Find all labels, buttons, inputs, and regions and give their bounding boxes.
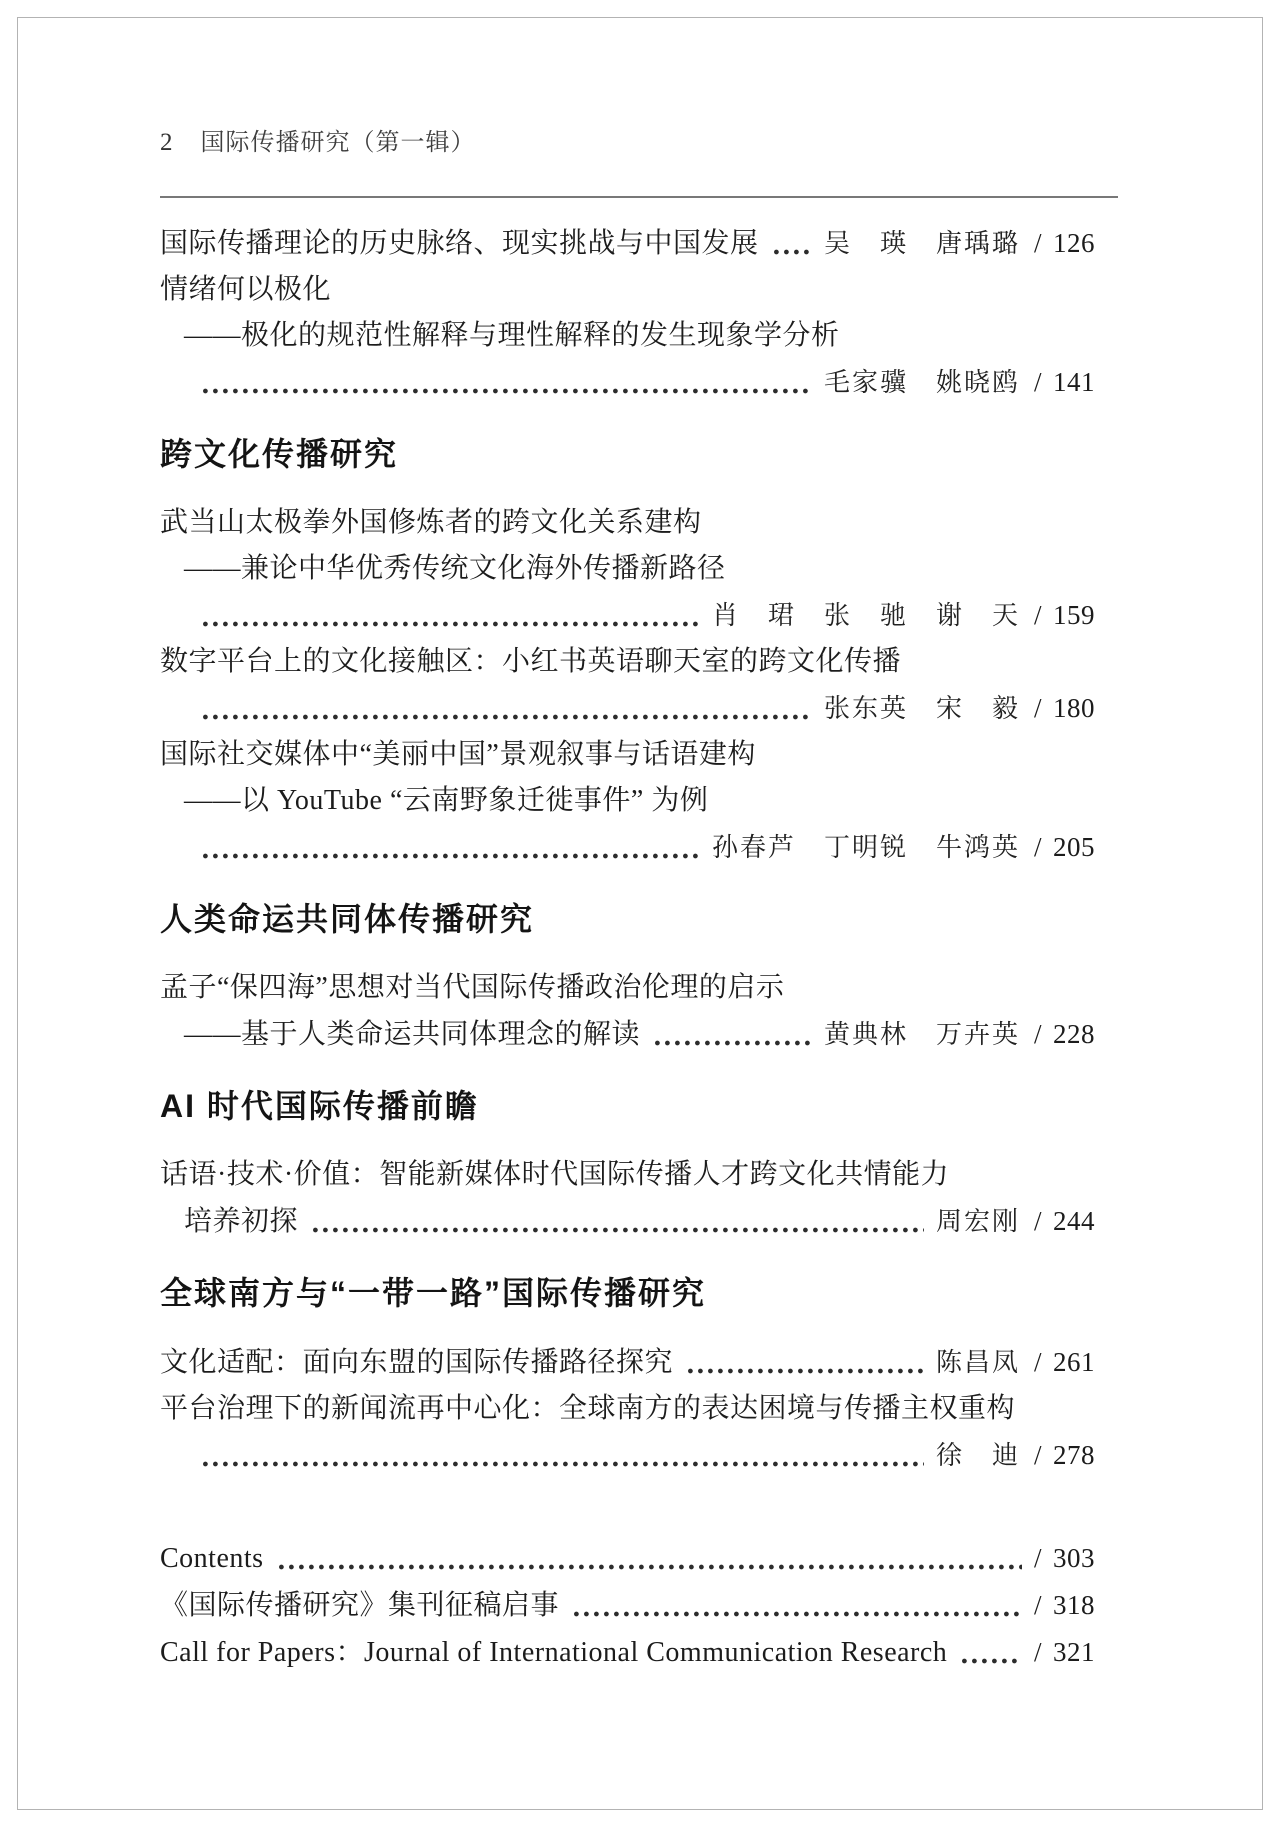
toc-entry-line: 数字平台上的文化接触区：小红书英语聊天室的跨文化传播 [160,639,1095,685]
page-separator: / [1034,600,1042,630]
toc-entry-line: 徐 迪/278 [160,1432,1095,1479]
dot-leader [202,852,700,860]
entry-authors: 毛家骥 姚晓鸥 [824,360,1020,406]
toc-entry-line: 文化适配：面向东盟的国际传播路径探究陈昌凤/261 [160,1339,1095,1386]
dot-leader [278,1563,1022,1571]
toc-entry-line: 孟子“保四海”思想对当代国际传播政治伦理的启示 [160,965,1095,1011]
entry-page-number: /303 [1034,1535,1095,1581]
page-header: 2 国际传播研究（第一辑） [160,126,1118,160]
dot-leader [202,1460,924,1468]
entry-authors: 肖 珺 张 驰 谢 天 [712,593,1020,639]
toc-entry-line: 张东英 宋 毅/180 [160,685,1095,732]
dot-leader [202,620,700,628]
entry-title: 国际社交媒体中“美丽中国”景观叙事与话语建构 [160,732,756,778]
page-value: 278 [1053,1440,1095,1470]
toc-entry-line: ——极化的规范性解释与理性解释的发生现象学分析 [160,313,1095,359]
dot-leader [773,248,812,256]
entry-authors: 张东英 宋 毅 [824,686,1020,732]
page-number: 2 [160,126,174,160]
page-value: 228 [1053,1019,1095,1049]
entry-authors: 吴 瑛 唐瑀璐 [824,221,1020,267]
toc-entry-line: 平台治理下的新闻流再中心化：全球南方的表达困境与传播主权重构 [160,1386,1095,1432]
toc-entry-line: 情绪何以极化 [160,267,1095,313]
page-value: 159 [1053,600,1095,630]
toc-entry-line: 话语·技术·价值：智能新媒体时代国际传播人才跨文化共情能力 [160,1152,1095,1198]
toc-entry-line: 毛家骥 姚晓鸥/141 [160,359,1095,406]
dot-leader [687,1367,924,1375]
toc-entry-line: 肖 珺 张 驰 谢 天/159 [160,592,1095,639]
toc-entry-line: 培养初探周宏刚/244 [160,1198,1095,1245]
entry-title: ——基于人类命运共同体理念的解读 [184,1012,640,1058]
page-separator: / [1034,1543,1042,1573]
entry-page-number: /318 [1034,1582,1095,1628]
toc-entry: 文化适配：面向东盟的国际传播路径探究陈昌凤/261 [160,1339,1095,1386]
entry-authors: 徐 迪 [936,1433,1020,1479]
toc-entry-line: ——基于人类命运共同体理念的解读黄典林 万卉英/228 [160,1011,1095,1058]
entry-authors: 陈昌凤 [936,1340,1020,1386]
toc-entry: 数字平台上的文化接触区：小红书英语聊天室的跨文化传播张东英 宋 毅/180 [160,639,1095,732]
entry-title: 数字平台上的文化接触区：小红书英语聊天室的跨文化传播 [160,639,901,685]
entry-title: 平台治理下的新闻流再中心化：全球南方的表达困境与传播主权重构 [160,1386,1015,1432]
toc-entry: 国际传播理论的历史脉络、现实挑战与中国发展吴 瑛 唐瑀璐/126 [160,220,1095,267]
entry-page-number: /321 [1034,1629,1095,1675]
page-value: 318 [1053,1590,1095,1620]
page-value: 205 [1053,832,1095,862]
entry-title: 话语·技术·价值：智能新媒体时代国际传播人才跨文化共情能力 [160,1152,949,1198]
entry-title: 文化适配：面向东盟的国际传播路径探究 [160,1340,673,1386]
toc-entry-line: 国际传播理论的历史脉络、现实挑战与中国发展吴 瑛 唐瑀璐/126 [160,220,1095,267]
toc-entry: 孟子“保四海”思想对当代国际传播政治伦理的启示——基于人类命运共同体理念的解读黄… [160,965,1095,1058]
toc-entry-line: ——兼论中华优秀传统文化海外传播新路径 [160,546,1095,592]
section-heading: 人类命运共同体传播研究 [160,895,1095,943]
page-value: 321 [1053,1637,1095,1667]
page-separator: / [1034,228,1042,258]
page-value: 244 [1053,1206,1095,1236]
entry-page-number: /205 [1034,824,1095,870]
toc-entry: 平台治理下的新闻流再中心化：全球南方的表达困境与传播主权重构徐 迪/278 [160,1386,1095,1479]
entry-page-number: /126 [1034,220,1095,266]
section-heading: 全球南方与“一带一路”国际传播研究 [160,1269,1095,1317]
entry-title: ——以 YouTube “云南野象迁徙事件” 为例 [184,778,708,824]
entry-page-number: /159 [1034,592,1095,638]
toc-entry: 武当山太极拳外国修炼者的跨文化关系建构——兼论中华优秀传统文化海外传播新路径肖 … [160,500,1095,639]
table-of-contents: 国际传播理论的历史脉络、现实挑战与中国发展吴 瑛 唐瑀璐/126情绪何以极化——… [160,220,1095,1479]
entry-page-number: /141 [1034,359,1095,405]
dot-leader [654,1039,812,1047]
page-separator: / [1034,1637,1042,1667]
toc-entry: 话语·技术·价值：智能新媒体时代国际传播人才跨文化共情能力培养初探周宏刚/244 [160,1152,1095,1245]
dot-leader [573,1610,1022,1618]
page-separator: / [1034,367,1042,397]
entry-page-number: /261 [1034,1339,1095,1385]
entry-authors: 周宏刚 [936,1199,1020,1245]
section-heading: AI 时代国际传播前瞻 [160,1082,1095,1130]
entry-title: 国际传播理论的历史脉络、现实挑战与中国发展 [160,221,759,267]
entry-title: 武当山太极拳外国修炼者的跨文化关系建构 [160,500,702,546]
page-separator: / [1034,832,1042,862]
page-content: 2 国际传播研究（第一辑） 国际传播理论的历史脉络、现实挑战与中国发展吴 瑛 唐… [160,0,1118,1676]
toc-entry-line: 孙春芦 丁明锐 牛鸿英/205 [160,824,1095,871]
entry-page-number: /180 [1034,685,1095,731]
entry-page-number: /228 [1034,1011,1095,1057]
page-separator: / [1034,1019,1042,1049]
dot-leader [312,1226,924,1234]
page-separator: / [1034,693,1042,723]
entry-authors: 孙春芦 丁明锐 牛鸿英 [712,825,1020,871]
toc-entry-line: ——以 YouTube “云南野象迁徙事件” 为例 [160,778,1095,824]
dot-leader [961,1657,1022,1665]
page-separator: / [1034,1206,1042,1236]
entry-title: Call for Papers：Journal of International… [160,1630,947,1676]
page-value: 180 [1053,693,1095,723]
entry-page-number: /244 [1034,1198,1095,1244]
page-value: 261 [1053,1347,1095,1377]
entry-title: 《国际传播研究》集刊征稿启事 [160,1583,559,1629]
page-separator: / [1034,1590,1042,1620]
page-separator: / [1034,1440,1042,1470]
page-value: 141 [1053,367,1095,397]
running-title: 国际传播研究（第一辑） [201,126,476,160]
header-rule [160,196,1118,198]
entry-title: 培养初探 [184,1199,298,1245]
entry-page-number: /278 [1034,1432,1095,1478]
dot-leader [202,713,812,721]
entry-title: ——兼论中华优秀传统文化海外传播新路径 [184,546,726,592]
toc-entry: 国际社交媒体中“美丽中国”景观叙事与话语建构——以 YouTube “云南野象迁… [160,732,1095,871]
back-matter-list: Contents/303《国际传播研究》集刊征稿启事/318Call for P… [160,1535,1095,1676]
toc-entry-line: 国际社交媒体中“美丽中国”景观叙事与话语建构 [160,732,1095,778]
toc-entry-line: Contents/303 [160,1535,1095,1582]
toc-entry-line: Call for Papers：Journal of International… [160,1629,1095,1676]
entry-authors: 黄典林 万卉英 [824,1012,1020,1058]
entry-title: Contents [160,1536,264,1582]
toc-entry-line: 武当山太极拳外国修炼者的跨文化关系建构 [160,500,1095,546]
entry-title: ——极化的规范性解释与理性解释的发生现象学分析 [184,313,840,359]
entry-title: 情绪何以极化 [160,267,331,313]
section-heading: 跨文化传播研究 [160,430,1095,478]
page-separator: / [1034,1347,1042,1377]
page-value: 303 [1053,1543,1095,1573]
toc-entry-line: 《国际传播研究》集刊征稿启事/318 [160,1582,1095,1629]
toc-entry: 情绪何以极化——极化的规范性解释与理性解释的发生现象学分析毛家骥 姚晓鸥/141 [160,267,1095,406]
dot-leader [202,387,812,395]
entry-title: 孟子“保四海”思想对当代国际传播政治伦理的启示 [160,965,784,1011]
page-value: 126 [1053,228,1095,258]
